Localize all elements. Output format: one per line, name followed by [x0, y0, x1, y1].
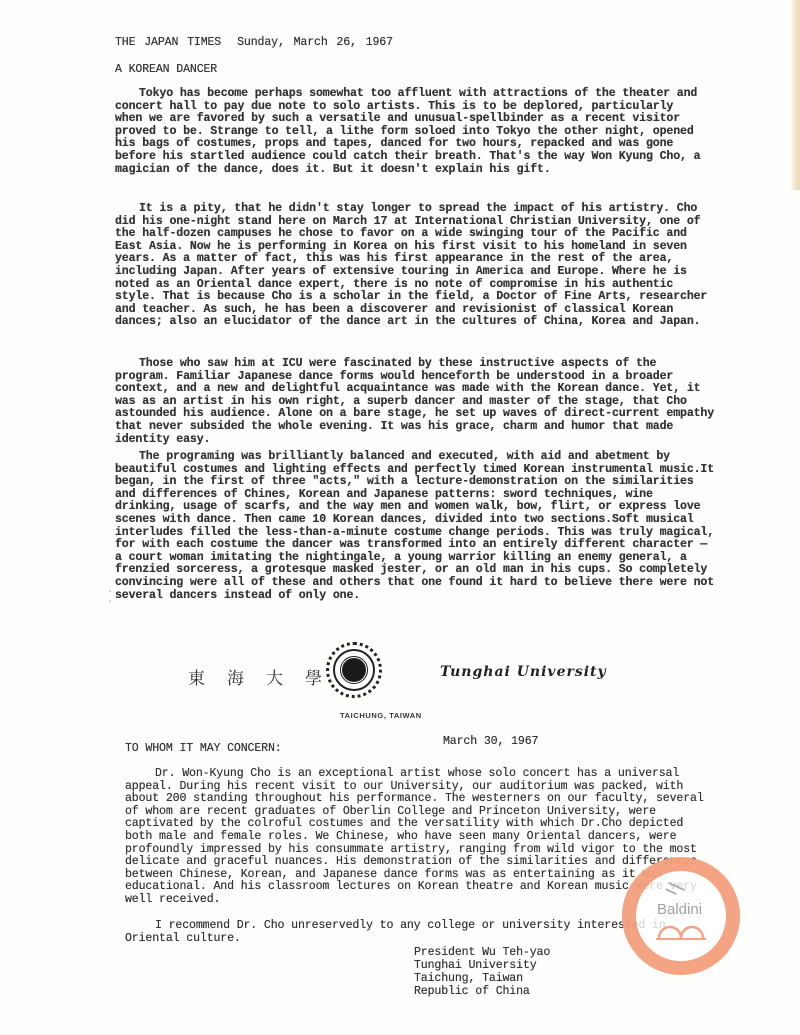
university-english-name: Tunghai University [440, 664, 607, 680]
signature-line: Republic of China [414, 985, 550, 998]
watermark-brand: Baldini [657, 901, 702, 918]
letter-date: March 30, 1967 [443, 736, 538, 749]
letterhead: 東海大學 Tunghai University [150, 640, 610, 700]
signature-line: President Wu Teh-yao [414, 946, 550, 959]
newspaper-name: THE JAPAN TIMES [115, 36, 221, 49]
clipping-paragraph: It is a pity, that he didn't stay longer… [115, 203, 715, 329]
watermark-small-text: ▬▬▬▬▬ [664, 880, 686, 900]
letterhead-city: TAICHUNG, TAIWAN [340, 711, 422, 720]
clipping-masthead: THE JAPAN TIMESSunday, March 26, 1967 [115, 37, 393, 50]
signature-block: President Wu Teh-yao Tunghai University … [414, 946, 550, 998]
letter-salutation: TO WHOM IT MAY CONCERN: [125, 743, 282, 756]
clipping-date: Sunday, March 26, 1967 [237, 36, 393, 49]
scanned-document: THE JAPAN TIMESSunday, March 26, 1967 A … [0, 0, 800, 1035]
letter-paragraph: I recommend Dr. Cho unreservedly to any … [125, 920, 705, 945]
clipping-paragraph: Tokyo has become perhaps somewhat too af… [115, 88, 705, 176]
clipping-paragraph: Those who saw him at ICU were fascinated… [115, 358, 715, 446]
university-seal-icon [326, 642, 382, 698]
clipping-paragraph: The programing was brilliantly balanced … [115, 451, 715, 602]
university-chinese-name: 東海大學 [188, 664, 344, 689]
library-watermark-stamp: ▬▬▬▬▬ Baldini [622, 857, 740, 975]
signature-line: Taichung, Taiwan [414, 972, 550, 985]
letter-paragraph: Dr. Won-Kyung Cho is an exceptional arti… [125, 768, 715, 907]
signature-line: Tunghai University [414, 959, 550, 972]
clipping-headline: A KOREAN DANCER [115, 64, 217, 77]
scan-speck: ·· [107, 588, 113, 608]
open-book-icon [656, 921, 706, 941]
